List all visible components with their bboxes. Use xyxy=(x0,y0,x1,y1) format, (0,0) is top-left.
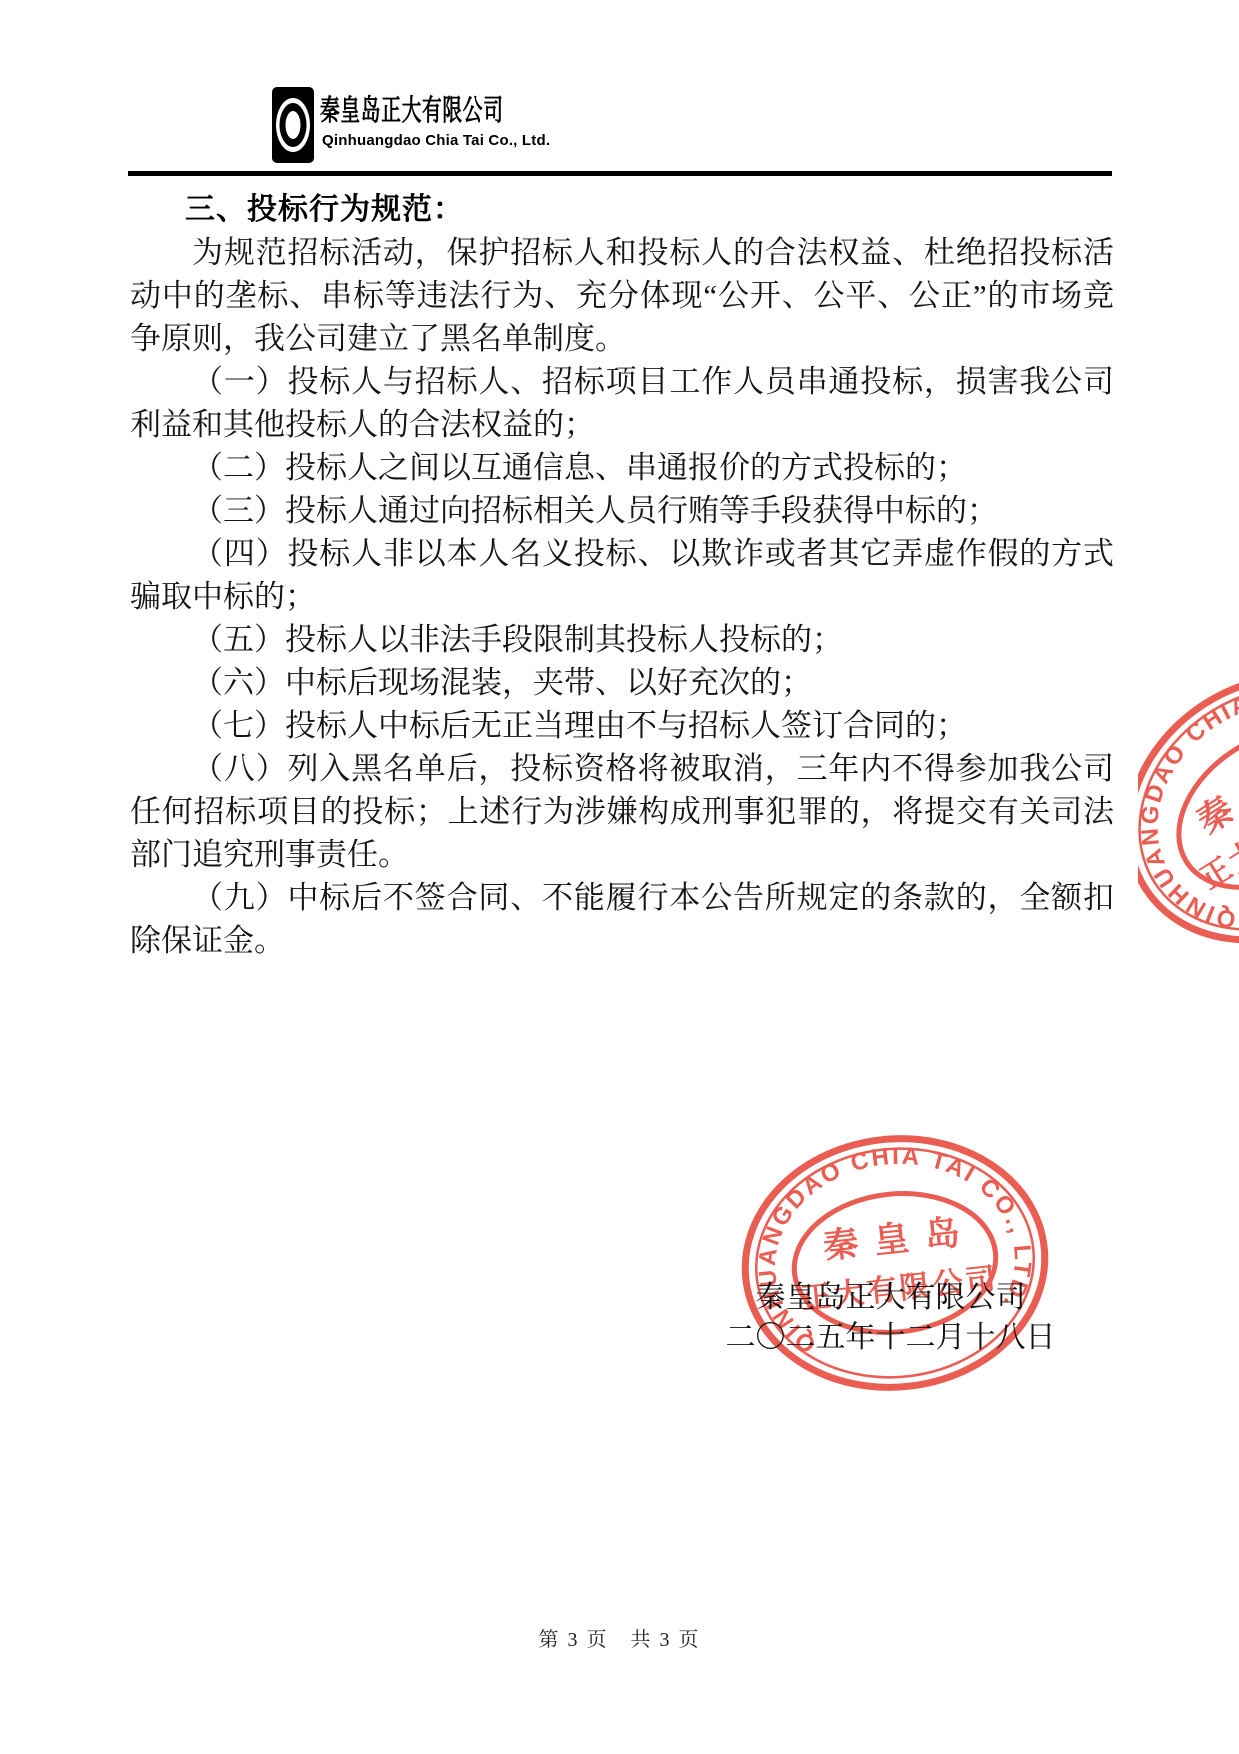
page-number: 第 3 页 共 3 页 xyxy=(0,1623,1239,1652)
company-name-en: Qinhuangdao Chia Tai Co., Ltd. xyxy=(322,132,550,149)
body-paragraphs: 为规范招标活动，保护招标人和投标人的合法权益、杜绝招投标活动中的垄标、串标等违法… xyxy=(130,231,1114,962)
signature-date: 二〇二五年十二月十八日 xyxy=(598,1318,1183,1358)
paragraph: （一）投标人与招标人、招标项目工作人员串通投标，损害我公司利益和其他投标人的合法… xyxy=(130,360,1114,446)
paragraph: （六）中标后现场混装，夹带、以好充次的； xyxy=(130,661,1114,704)
company-logo-icon xyxy=(272,87,314,163)
company-name-cn: 秦皇岛正大有限公司 xyxy=(320,88,504,129)
partial-seal-stamp: QINHUANGDAO CHIA TAI CO., LTD. 秦皇岛 正大有限公… xyxy=(1138,655,1239,965)
paragraph: （三）投标人通过向招标相关人员行贿等手段获得中标的； xyxy=(130,489,1114,532)
document-body: 三、投标行为规范： 为规范招标活动，保护招标人和投标人的合法权益、杜绝招投标活动… xyxy=(130,188,1114,962)
header-divider xyxy=(128,171,1112,176)
paragraph: 为规范招标活动，保护招标人和投标人的合法权益、杜绝招投标活动中的垄标、串标等违法… xyxy=(130,231,1114,360)
paragraph: （五）投标人以非法手段限制其投标人投标的； xyxy=(130,618,1114,661)
paragraph: （八）列入黑名单后，投标资格将被取消，三年内不得参加我公司任何招标项目的投标；上… xyxy=(130,747,1114,876)
document-page: 秦皇岛正大有限公司 Qinhuangdao Chia Tai Co., Ltd.… xyxy=(0,0,1239,1754)
section-heading: 三、投标行为规范： xyxy=(130,188,1114,231)
signature-block: 秦皇岛正大有限公司 二〇二五年十二月十八日 xyxy=(598,1278,1183,1358)
paragraph: （四）投标人非以本人名义投标、以欺诈或者其它弄虚作假的方式骗取中标的； xyxy=(130,532,1114,618)
paragraph: （九）中标后不签合同、不能履行本公告所规定的条款的，全额扣除保证金。 xyxy=(130,876,1114,962)
paragraph: （二）投标人之间以互通信息、串通报价的方式投标的； xyxy=(130,446,1114,489)
company-seal-stamp: QINHUANGDAO CHIA TAI CO., LTD. 秦皇岛 正大有限公… xyxy=(716,1107,1073,1420)
paragraph: （七）投标人中标后无正当理由不与招标人签订合同的； xyxy=(130,704,1114,747)
svg-text:秦皇岛: 秦皇岛 xyxy=(821,1212,977,1267)
signature-company: 秦皇岛正大有限公司 xyxy=(598,1278,1183,1318)
